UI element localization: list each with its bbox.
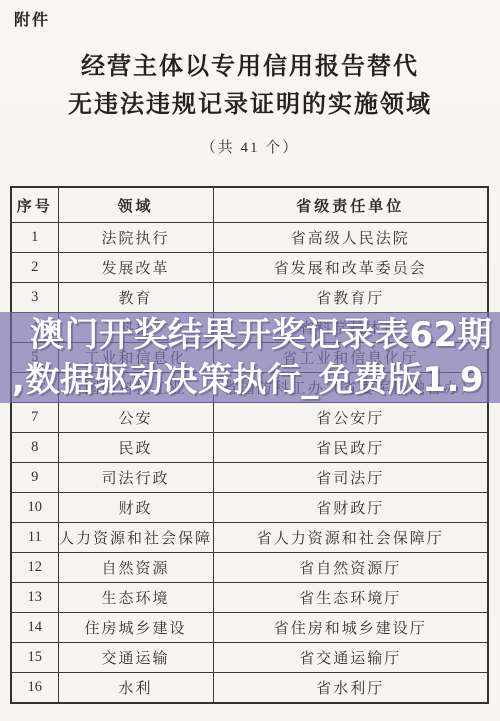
cell-field: 公安 (58, 403, 213, 433)
table-row: 8民政省民政厅 (11, 433, 488, 463)
document-title: 经营主体以专用信用报告替代 无违法违规记录证明的实施领域 (0, 48, 500, 124)
cell-index: 3 (11, 283, 58, 313)
cell-field: 财政 (58, 493, 213, 523)
document-title-line1: 经营主体以专用信用报告替代 (0, 48, 500, 86)
cell-field: 自然资源 (58, 553, 213, 583)
document-title-line2: 无违法违规记录证明的实施领域 (0, 86, 500, 124)
header-cell-index: 序号 (11, 187, 58, 223)
cell-index: 16 (11, 673, 58, 704)
cell-unit: 省公安厅 (213, 403, 488, 433)
table-row: 14住房城乡建设省住房和城乡建设厅 (11, 613, 488, 643)
table-row: 13生态环境省生态环境厅 (11, 583, 488, 613)
cell-field: 住房城乡建设 (58, 613, 213, 643)
cell-unit: 省住房和城乡建设厅 (213, 613, 488, 643)
table-row: 7公安省公安厅 (11, 403, 488, 433)
watermark-text-line2: ,数据驱动决策执行_免费版1.9 (0, 358, 500, 403)
cell-unit: 省水利厅 (213, 673, 488, 704)
cell-field: 司法行政 (58, 463, 213, 493)
cell-field: 人力资源和社会保障 (58, 523, 213, 553)
watermark-text-line1: 澳门开奖结果开奖记录表62期 (0, 313, 500, 358)
table-row: 11人力资源和社会保障省人力资源和社会保障厅 (11, 523, 488, 553)
table-row: 12自然资源省自然资源厅 (11, 553, 488, 583)
table-body: 1法院执行省高级人民法院2发展改革省发展和改革委员会3教育省教育厅4科技省科学技… (11, 223, 488, 704)
document-subtitle: （共 41 个） (0, 136, 500, 157)
cell-unit: 省人力资源和社会保障厅 (213, 523, 488, 553)
cell-unit: 省发展和改革委员会 (213, 253, 488, 283)
cell-field: 生态环境 (58, 583, 213, 613)
cell-index: 8 (11, 433, 58, 463)
cell-field: 水利 (58, 673, 213, 704)
table-row: 9司法行政省司法厅 (11, 463, 488, 493)
cell-index: 12 (11, 553, 58, 583)
cell-index: 14 (11, 613, 58, 643)
cell-field: 发展改革 (58, 253, 213, 283)
cell-field: 法院执行 (58, 223, 213, 253)
cell-index: 7 (11, 403, 58, 433)
cell-unit: 省交通运输厅 (213, 643, 488, 673)
header-cell-unit: 省级责任单位 (213, 187, 488, 223)
cell-index: 9 (11, 463, 58, 493)
cell-unit: 省司法厅 (213, 463, 488, 493)
cell-index: 2 (11, 253, 58, 283)
cell-unit: 省民政厅 (213, 433, 488, 463)
table-row: 15交通运输省交通运输厅 (11, 643, 488, 673)
table-row: 16水利省水利厅 (11, 673, 488, 704)
cell-unit: 省财政厅 (213, 493, 488, 523)
cell-unit: 省生态环境厅 (213, 583, 488, 613)
cell-unit: 省教育厅 (213, 283, 488, 313)
cell-index: 13 (11, 583, 58, 613)
table-row: 1法院执行省高级人民法院 (11, 223, 488, 253)
cell-index: 15 (11, 643, 58, 673)
cell-unit: 省高级人民法院 (213, 223, 488, 253)
cell-unit: 省自然资源厅 (213, 553, 488, 583)
cell-index: 1 (11, 223, 58, 253)
cell-field: 教育 (58, 283, 213, 313)
cell-field: 民政 (58, 433, 213, 463)
cell-index: 10 (11, 493, 58, 523)
watermark-overlay-banner: 澳门开奖结果开奖记录表62期 ,数据驱动决策执行_免费版1.9 (0, 312, 500, 403)
document-page: 附件 经营主体以专用信用报告替代 无违法违规记录证明的实施领域 （共 41 个）… (0, 0, 500, 721)
table-row: 10财政省财政厅 (11, 493, 488, 523)
areas-table: 序号 领域 省级责任单位 1法院执行省高级人民法院2发展改革省发展和改革委员会3… (10, 186, 489, 704)
cell-field: 交通运输 (58, 643, 213, 673)
cell-index: 11 (11, 523, 58, 553)
table-header-row: 序号 领域 省级责任单位 (11, 187, 488, 223)
attachment-label: 附件 (14, 7, 50, 30)
table-row: 3教育省教育厅 (11, 283, 488, 313)
table-row: 2发展改革省发展和改革委员会 (11, 253, 488, 283)
header-cell-field: 领域 (58, 187, 213, 223)
